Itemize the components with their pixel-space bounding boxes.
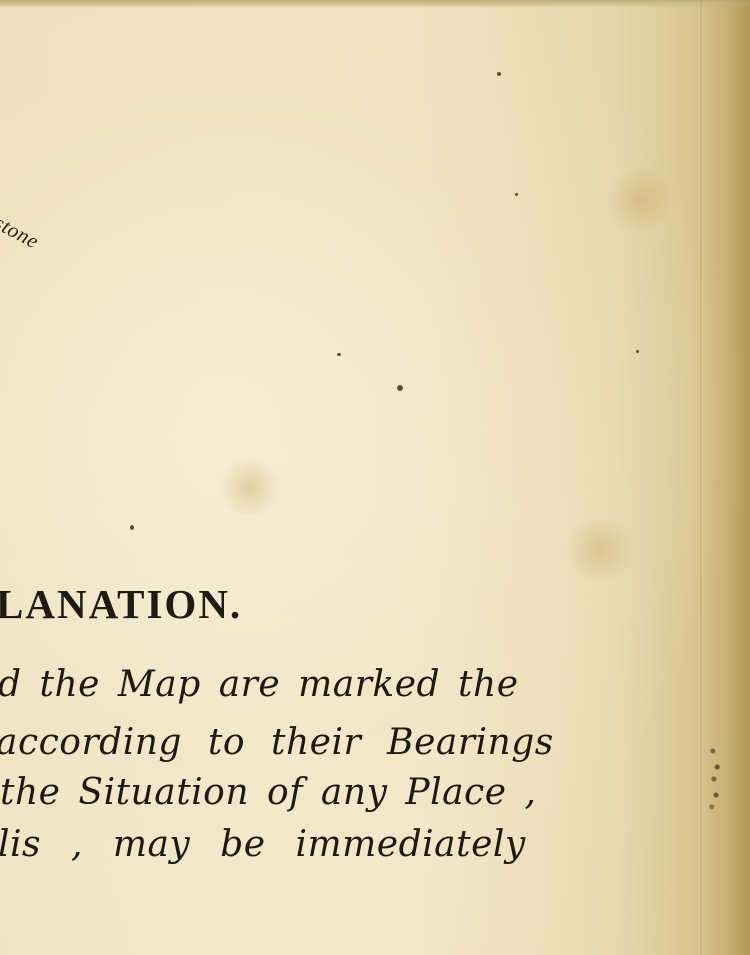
legend-text-line: lis , may be immediately bbox=[0, 824, 526, 865]
legend-text-line: according to their Bearings bbox=[0, 722, 554, 763]
paper-damage-mark bbox=[704, 735, 726, 815]
foxing-stain bbox=[560, 520, 640, 580]
ink-speck bbox=[497, 72, 501, 76]
sheet-top-edge bbox=[0, 0, 750, 8]
ink-speck bbox=[337, 353, 341, 356]
map-place-label: dstone bbox=[0, 205, 43, 254]
ink-speck bbox=[636, 350, 639, 353]
ink-speck bbox=[130, 525, 134, 530]
legend-text-line: the Situation of any Place , bbox=[0, 772, 536, 813]
foxing-stain bbox=[215, 460, 285, 515]
ink-speck bbox=[397, 385, 403, 391]
ink-speck bbox=[515, 193, 518, 196]
map-sheet: dstone LANATION. d the Map are marked th… bbox=[0, 0, 750, 955]
legend-heading: LANATION. bbox=[0, 580, 242, 628]
foxing-stain bbox=[610, 160, 670, 240]
legend-text-line: d the Map are marked the bbox=[0, 664, 519, 705]
